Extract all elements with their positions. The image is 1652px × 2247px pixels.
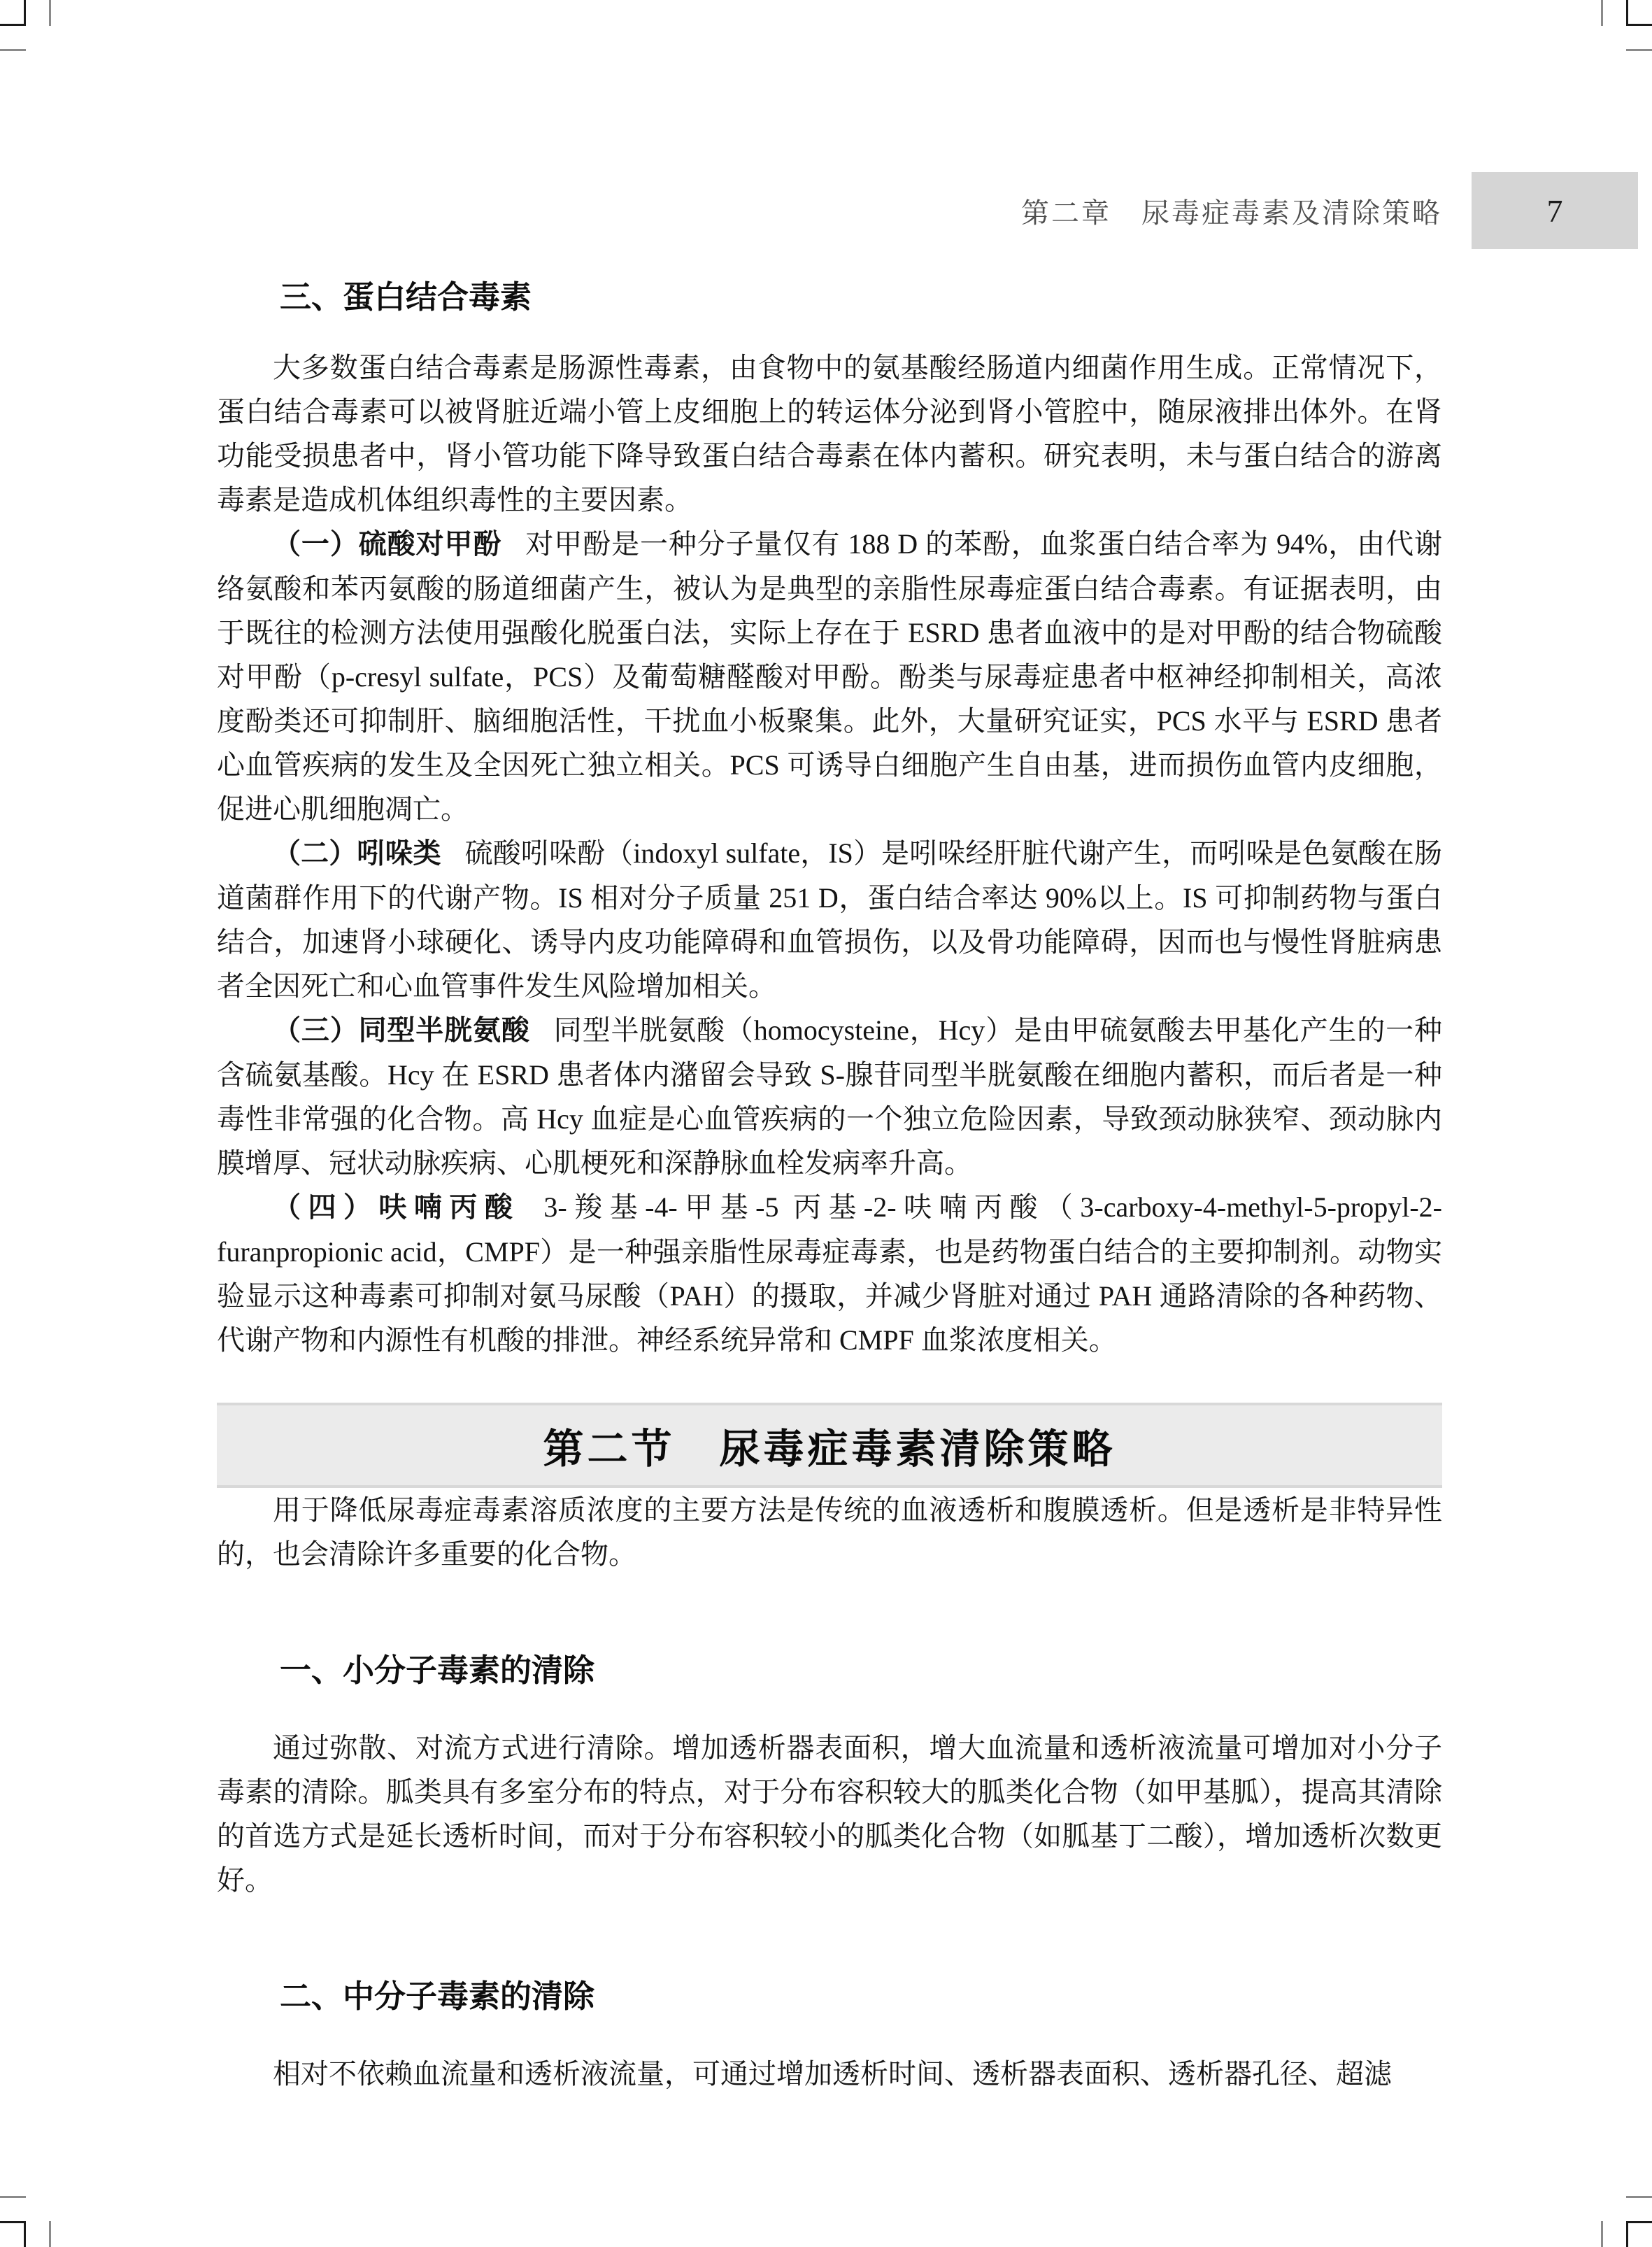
item-label-furanpropionic-acid: （四）呋喃丙酸 [273, 1192, 520, 1223]
crop-mark-line [24, 2221, 26, 2247]
crop-mark-line [0, 2221, 26, 2223]
crop-mark-line [1626, 2196, 1652, 2198]
crop-mark-line [1626, 24, 1652, 26]
item-text-p-cresyl-sulfate: 对甲酚是一种分子量仅有 188 D 的苯酚，血浆蛋白结合率为 94%，由代谢络氨… [217, 528, 1442, 825]
section-banner: 第二节 尿毒症毒素清除策略 [217, 1403, 1442, 1488]
crop-mark-line [24, 0, 26, 26]
crop-mark-line [49, 0, 51, 26]
page-number-box: 7 [1472, 172, 1638, 249]
book-page: { "header": { "chapter_title": "第二章 尿毒症毒… [0, 0, 1652, 2247]
crop-mark-line [1601, 0, 1603, 26]
item-label-homocysteine: （三）同型半胱氨酸 [273, 1015, 530, 1046]
heading-middle-molecule-removal: 二、中分子毒素的清除 [280, 1978, 1442, 2015]
page-content: 三、蛋白结合毒素 大多数蛋白结合毒素是肠源性毒素，由食物中的氨基酸经肠道内细菌作… [217, 278, 1442, 2096]
page-number: 7 [1547, 192, 1563, 229]
crop-mark-line [0, 49, 26, 51]
paragraph-indoles: （二）吲哚类硫酸吲哚酚（indoxyl sulfate，IS）是吲哚经肝脏代谢产… [217, 831, 1442, 1008]
paragraph-furanpropionic-acid: （四）呋喃丙酸3-羧基-4-甲基-5 丙基-2-呋喃丙酸（3-carboxy-4… [217, 1185, 1442, 1362]
crop-mark-line [49, 2221, 51, 2247]
crop-mark-line [0, 2196, 26, 2198]
running-header: 第二章 尿毒症毒素及清除策略 7 [217, 172, 1638, 249]
crop-mark-line [1626, 49, 1652, 51]
crop-mark-line [0, 24, 26, 26]
crop-mark-line [1601, 2221, 1603, 2247]
item-label-p-cresyl-sulfate: （一）硫酸对甲酚 [273, 529, 501, 560]
paragraph-removal-intro: 用于降低尿毒症毒素溶质浓度的主要方法是传统的血液透析和腹膜透析。但是透析是非特异… [217, 1488, 1442, 1576]
heading-protein-bound-toxins: 三、蛋白结合毒素 [280, 278, 1442, 316]
crop-mark-line [1626, 0, 1628, 26]
section-banner-title: 第二节 尿毒症毒素清除策略 [543, 1416, 1116, 1475]
paragraph-small-molecule-removal: 通过弥散、对流方式进行清除。增加透析器表面积，增大血流量和透析液流量可增加对小分… [217, 1726, 1442, 1902]
paragraph-middle-molecule-removal: 相对不依赖血流量和透析液流量，可通过增加透析时间、透析器表面积、透析器孔径、超滤 [217, 2052, 1442, 2096]
running-header-chapter-title: 第二章 尿毒症毒素及清除策略 [1021, 191, 1442, 231]
crop-mark-line [1626, 2221, 1628, 2247]
paragraph-p-cresyl-sulfate: （一）硫酸对甲酚对甲酚是一种分子量仅有 188 D 的苯酚，血浆蛋白结合率为 9… [217, 522, 1442, 831]
crop-mark-line [1626, 2221, 1652, 2223]
paragraph-protein-bound-intro: 大多数蛋白结合毒素是肠源性毒素，由食物中的氨基酸经肠道内细菌作用生成。正常情况下… [217, 346, 1442, 522]
paragraph-homocysteine: （三）同型半胱氨酸同型半胱氨酸（homocysteine，Hcy）是由甲硫氨酸去… [217, 1008, 1442, 1185]
heading-small-molecule-removal: 一、小分子毒素的清除 [280, 1652, 1442, 1689]
item-label-indoles: （二）吲哚类 [273, 838, 441, 869]
